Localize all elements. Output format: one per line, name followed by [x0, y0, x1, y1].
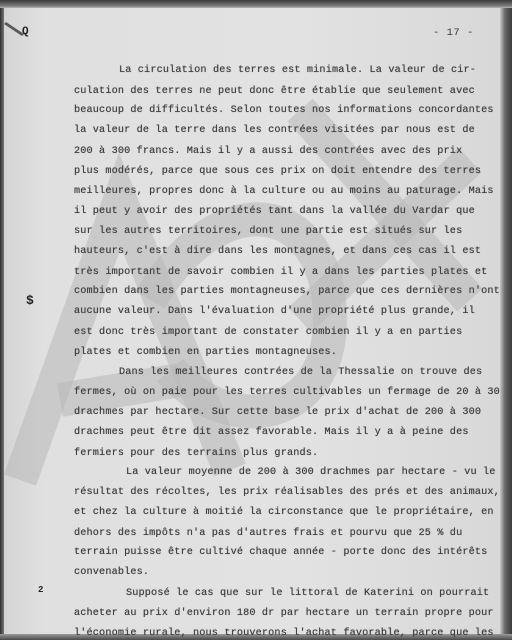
- page-number: - 17 -: [433, 27, 474, 39]
- margin-mark-bottom: 2: [38, 586, 43, 595]
- margin-mark-middle: $: [26, 296, 34, 305]
- text-line: et chez la culture à moitié la circonsta…: [74, 507, 494, 518]
- text-line: il peut y avoir des propriétés tant dans…: [74, 206, 475, 217]
- text-line: fermiers pour des terrains plus grands.: [74, 448, 318, 459]
- text-line: aucune valeur. Dans l'évaluation d'une p…: [74, 306, 475, 317]
- text-line: drachmes par hectare. Sur cette base le …: [74, 407, 481, 418]
- text-line: Supposé le cas que sur le littoral de Ka…: [126, 588, 489, 599]
- text-line: La circulation des terres est minimale. …: [119, 65, 476, 76]
- text-line: sur les autres territoires, dont une par…: [74, 226, 462, 237]
- text-line: culation des terres ne peut donc être ét…: [74, 86, 475, 97]
- text-line: résultat des récoltes, les prix réalisab…: [74, 487, 500, 498]
- text-line: beaucoup de difficultés. Selon toutes no…: [74, 105, 494, 116]
- scan-top-edge: [0, 0, 512, 8]
- document-page: [4, 6, 500, 640]
- scan-right-edge: [500, 0, 512, 640]
- text-line: drachmes peut être dit assez favorable. …: [74, 427, 469, 438]
- text-line: convenables.: [74, 567, 149, 578]
- text-line: Dans les meilleures contrées de la Thess…: [119, 367, 482, 378]
- text-line: meilleures, propres donc à la culture ou…: [74, 186, 494, 197]
- text-line: est donc très important de constater com…: [74, 327, 462, 338]
- text-line: acheter au prix d'environ 180 dr par hec…: [74, 608, 494, 619]
- text-line: plus modérés, parce que sous ces prix on…: [74, 166, 481, 177]
- text-line: La valeur moyenne de 200 à 300 drachmes …: [126, 467, 496, 478]
- text-line: l'économie rurale, nous trouverons l'ach…: [74, 628, 494, 639]
- text-line: la valeur de la terre dans les contrées …: [74, 125, 475, 136]
- text-line: combien dans les parties montagneuses, p…: [74, 286, 500, 297]
- text-line: hauteurs, c'est à dire dans les montagne…: [74, 246, 481, 257]
- text-line: plates et combien en parties montagneuse…: [74, 347, 337, 358]
- text-line: 200 à 300 francs. Mais il y a aussi des …: [74, 146, 462, 157]
- margin-mark-top: Q: [22, 28, 29, 37]
- text-line: dehors des impôts n'a pas d'autres frais…: [74, 528, 462, 539]
- text-line: terrain puisse être cultivé chaque année…: [74, 547, 487, 558]
- text-line: très important de savoir combien il y a …: [74, 267, 487, 278]
- text-line: fermes, où on paie pour les terres culti…: [74, 387, 500, 398]
